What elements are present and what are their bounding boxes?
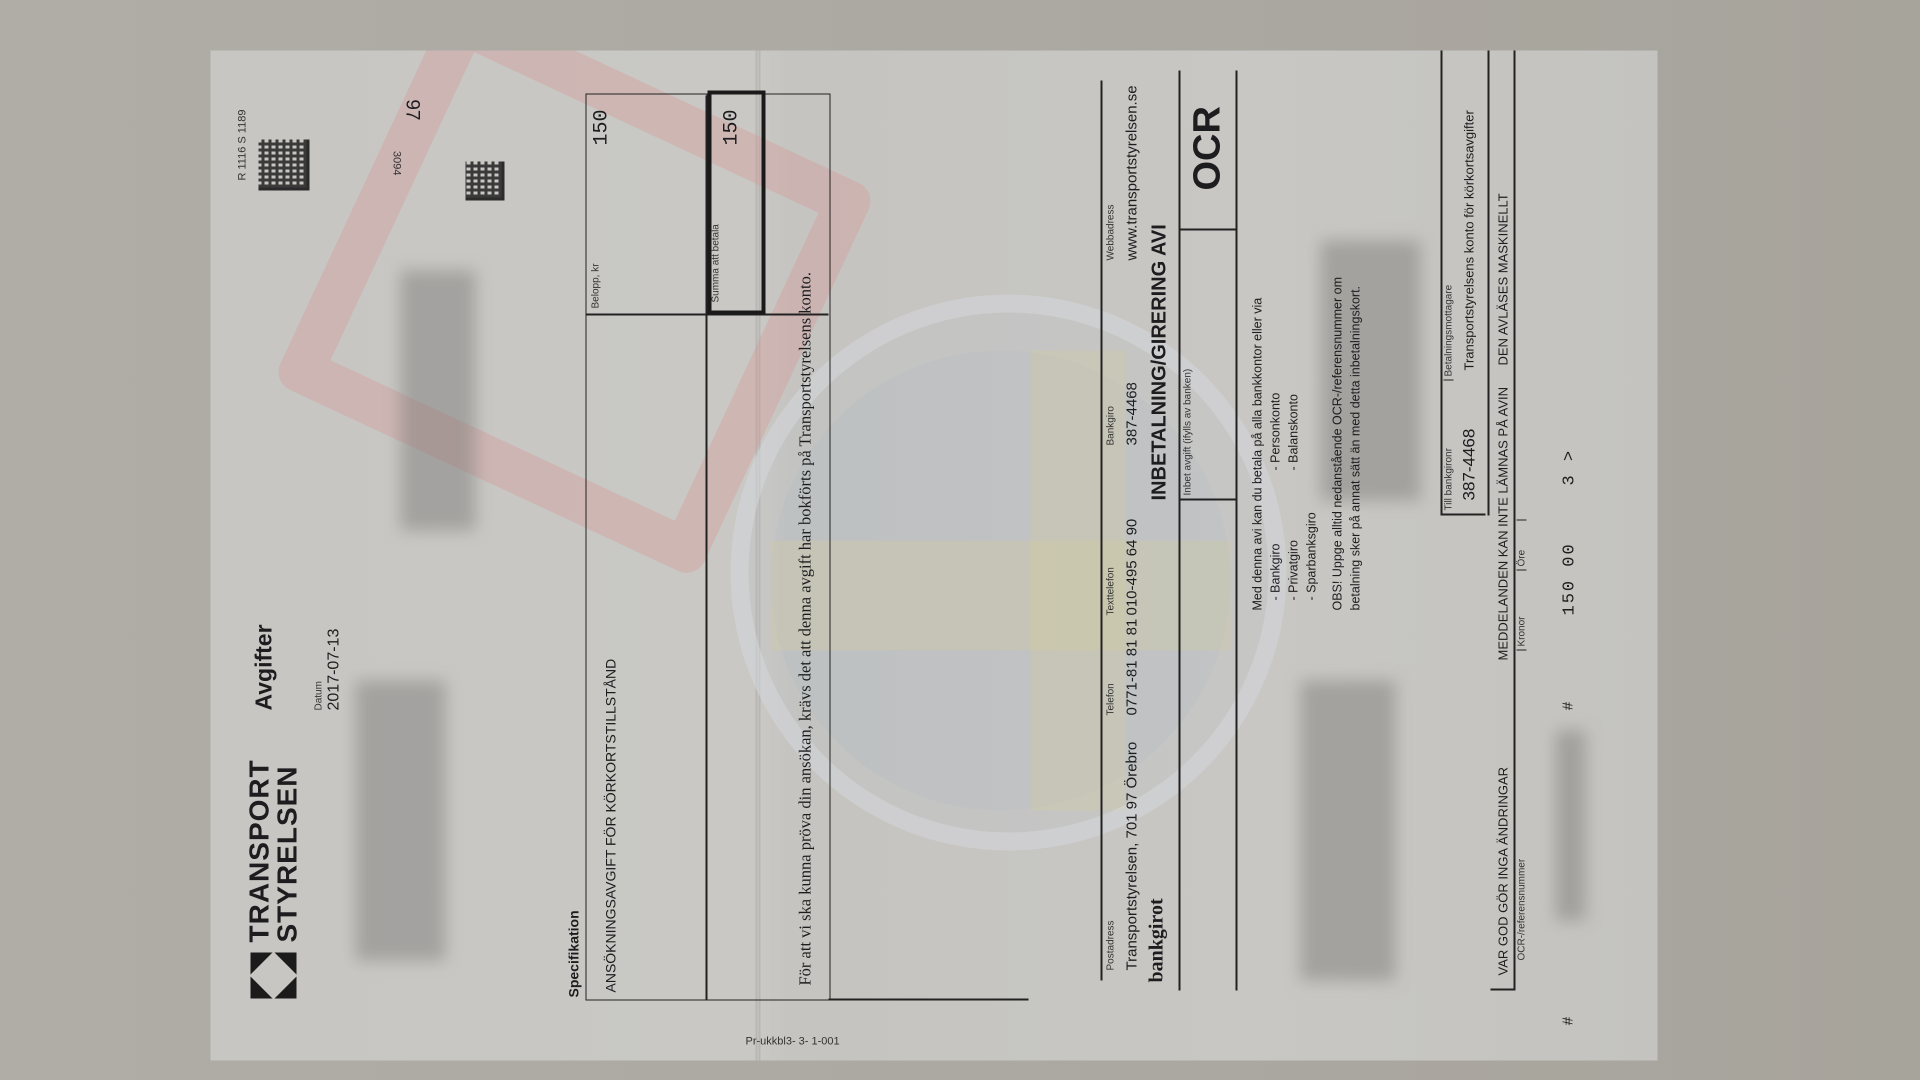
phone-value: 0771-81 81 81 <box>1123 618 1140 715</box>
method-sparbanksgiro: - Sparbanksgiro <box>1304 512 1318 600</box>
warning-no-messages: MEDDELANDEN KAN INTE LÄMNAS PÅ AVIN <box>1495 386 1510 660</box>
ocr-hash-mid: # <box>1560 701 1577 710</box>
recipient-box-left <box>1440 514 1485 516</box>
date-label: Datum <box>313 681 324 710</box>
bankgiro-value: 387-4468 <box>1123 382 1140 445</box>
ocr-amount: 150 00 <box>1560 542 1579 615</box>
document-number: 97 <box>400 99 422 120</box>
total-value: 150 <box>720 109 743 145</box>
method-bankgiro: - Bankgiro <box>1268 543 1282 600</box>
fee-box-right <box>1180 229 1235 231</box>
textphone-label: Texttelefon <box>1105 567 1116 615</box>
bankgiro-label: Bankgiro <box>1105 406 1116 445</box>
recipient-tick <box>1443 379 1453 380</box>
transportstyrelsen-logo-icon <box>250 952 296 998</box>
notice-left-rule <box>828 999 1028 1001</box>
document-photo: R 1116 S 1189 97 3094 TRANSPORT STYRELSE… <box>210 50 1657 1060</box>
warning-no-changes: VAR GOD GÖR INGA ÄNDRINGAR <box>1495 766 1510 975</box>
kronor-label: Kronor <box>1516 616 1527 646</box>
redacted-sender <box>1300 680 1395 980</box>
obs-line-2: betalning sker på annat sätt än med dett… <box>1348 285 1362 610</box>
obs-line-1: OBS! Uppge alltid nedanstående OCR-/refe… <box>1330 277 1344 611</box>
document-title: Avgifter <box>250 624 277 710</box>
small-code: 3094 <box>390 151 402 175</box>
ocr-ref-label: OCR-/referensnummer <box>1516 858 1527 960</box>
slip-title: INBETALNING/GIRERING AVI <box>1148 224 1171 500</box>
date-value: 2017-07-13 <box>325 628 343 710</box>
warning-left-edge <box>1490 988 1514 990</box>
slip-header-bottom-rule <box>1235 70 1237 990</box>
datamatrix-code-small-icon <box>465 161 504 200</box>
recipient-label: Betalningsmottagare <box>1443 284 1454 376</box>
print-codes: R 1116 S 1189 <box>236 109 248 180</box>
notice-text: För att vi ska kunna pröva din ansökan, … <box>795 272 815 986</box>
ocr-hash-start: # <box>1560 1016 1577 1025</box>
method-personkonto: - Personkonto <box>1268 392 1282 470</box>
kronor-tick <box>1516 649 1526 650</box>
contact-top-rule <box>1100 80 1102 980</box>
postal-value: Transportstyrelsen, 701 97 Örebro <box>1123 741 1140 970</box>
logo-line-2: STYRELSEN <box>273 765 300 942</box>
web-label: Webbadress <box>1105 204 1116 260</box>
redacted-address <box>355 680 445 960</box>
amount-value: 150 <box>590 109 613 145</box>
payment-document-page: R 1116 S 1189 97 3094 TRANSPORT STYRELSE… <box>210 50 1657 1060</box>
slip-top-rule <box>1178 70 1180 990</box>
datamatrix-code-icon <box>258 139 309 190</box>
redacted-ocr-number <box>1555 730 1585 920</box>
amount-column-divider <box>585 314 828 316</box>
ocr-check-digit: 3 > <box>1560 448 1579 485</box>
ore-end-tick <box>1516 519 1526 520</box>
form-code: Pr-ukkbl3- 3- 1-001 <box>745 1035 839 1047</box>
to-bankgiro-value: 387-4468 <box>1459 428 1479 500</box>
warning-machine-read: DEN AVLÄSES MASKINELLT <box>1495 193 1510 365</box>
postal-label: Postadress <box>1105 920 1116 970</box>
method-privatgiro: - Privatgiro <box>1286 540 1300 600</box>
redacted-name <box>400 270 475 530</box>
spec-item-description: ANSÖKNINGSAVGIFT FÖR KÖRKORTSTILLSTÅND <box>602 658 618 992</box>
fee-box-left <box>1180 499 1235 501</box>
phone-label: Telefon <box>1105 683 1116 715</box>
specification-heading: Specifikation <box>565 910 581 997</box>
bankgirot-logo: bankgirot <box>1145 898 1168 982</box>
recipient-box-top <box>1440 50 1442 515</box>
warning-rule <box>1513 50 1515 990</box>
textphone-value: 010-495 64 90 <box>1123 518 1140 615</box>
recipient-box-bottom <box>1487 50 1489 515</box>
recipient-value: Transportstyrelsens konto för körkortsav… <box>1461 110 1476 370</box>
slip-info-intro: Med denna avi kan du betala på alla bank… <box>1250 297 1264 610</box>
total-label: Summa att betala <box>710 224 721 302</box>
logo-line-1: TRANSPORT <box>245 759 272 942</box>
method-balanskonto: - Balanskonto <box>1286 394 1300 470</box>
ore-label: Öre <box>1516 549 1527 566</box>
amount-label: Belopp, kr <box>590 263 601 308</box>
to-bankgiro-label: Till bankgironr <box>1443 448 1454 510</box>
fee-label: Inbet avgift (ifylls av banken) <box>1182 368 1193 495</box>
ore-tick <box>1516 569 1526 570</box>
ocr-badge: OCR <box>1186 106 1229 190</box>
web-value: www.transportstyrelsen.se <box>1123 85 1140 260</box>
